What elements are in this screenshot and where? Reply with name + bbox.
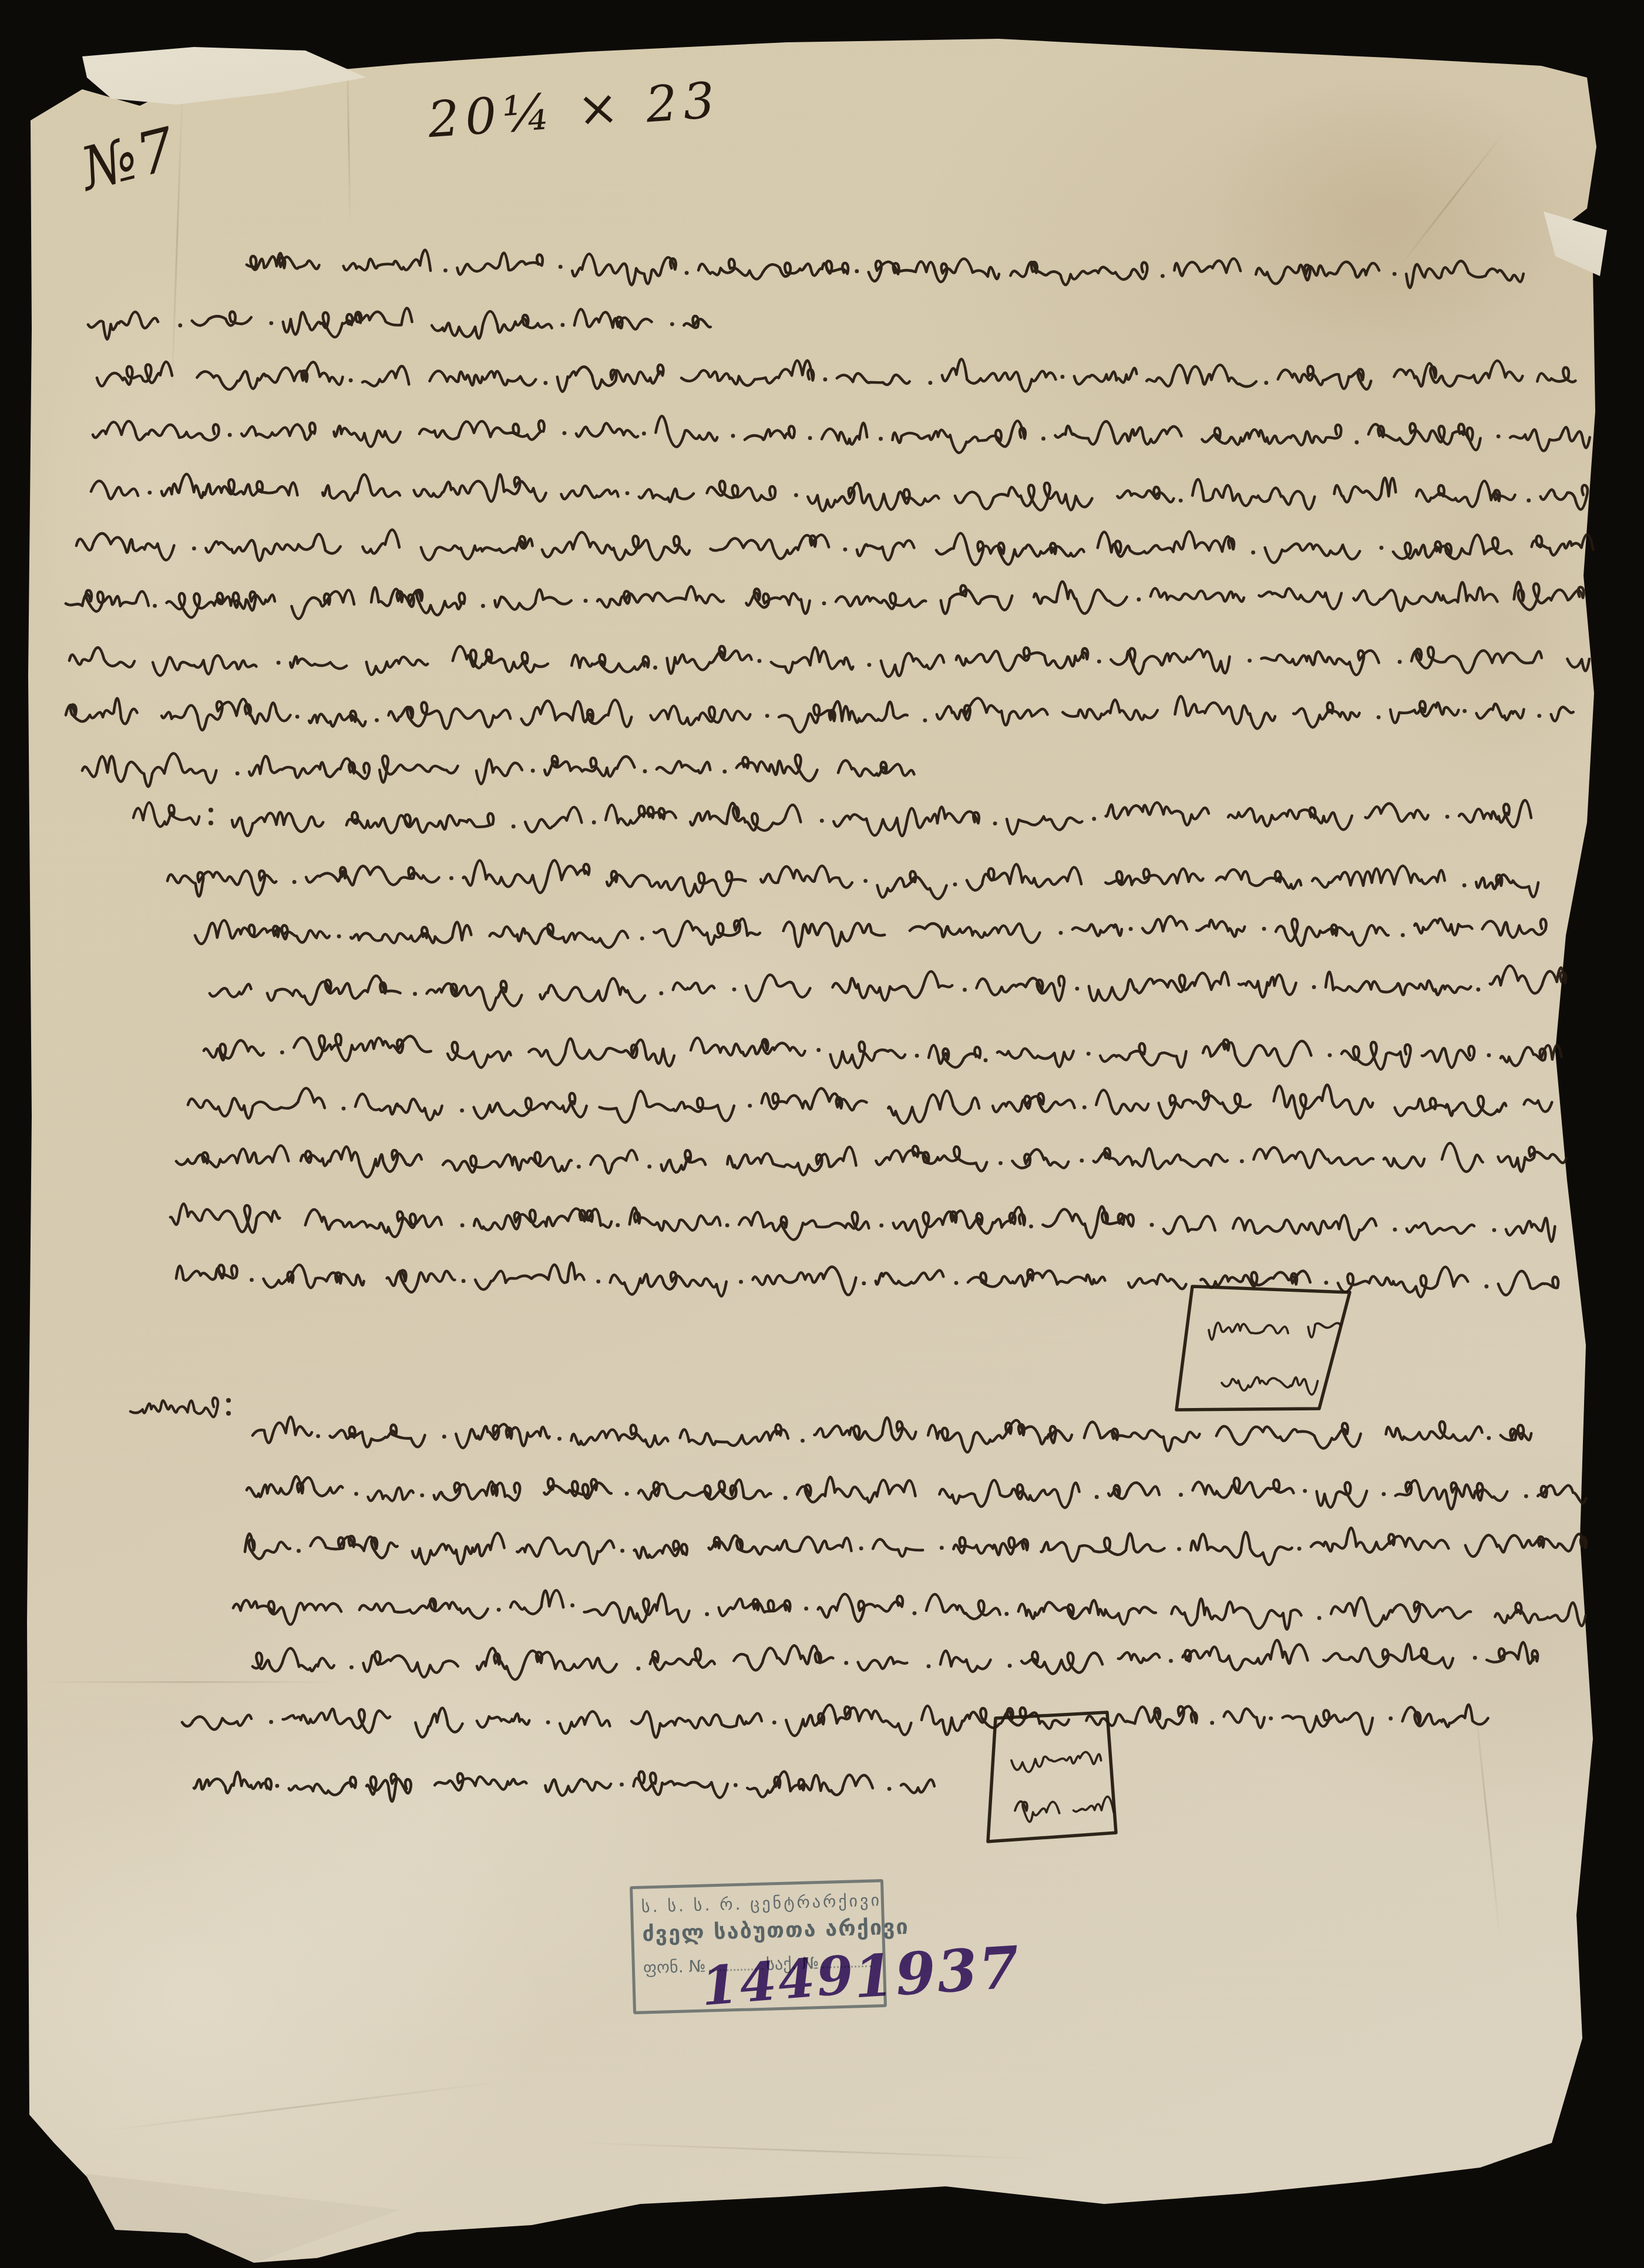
stamp-line-2: ძველ საბუთთა არქივი [642,1916,874,1947]
document-scan: №7 20¼ × 23 ს. ს. ს. რ. ცენტრარქივი ძველ… [0,0,1644,2268]
fond-number-handwritten: 1449 [699,1948,857,2014]
stamp-line-1: ს. ს. ს. რ. ცენტრარქივი [641,1891,873,1917]
archive-stamp: ს. ს. ს. რ. ცენტრარქივი ძველ საბუთთა არქ… [630,1879,887,2014]
stamp-fond-label: ფონ. № [643,1957,706,1978]
case-number-handwritten: 1937 [852,1939,1023,2007]
